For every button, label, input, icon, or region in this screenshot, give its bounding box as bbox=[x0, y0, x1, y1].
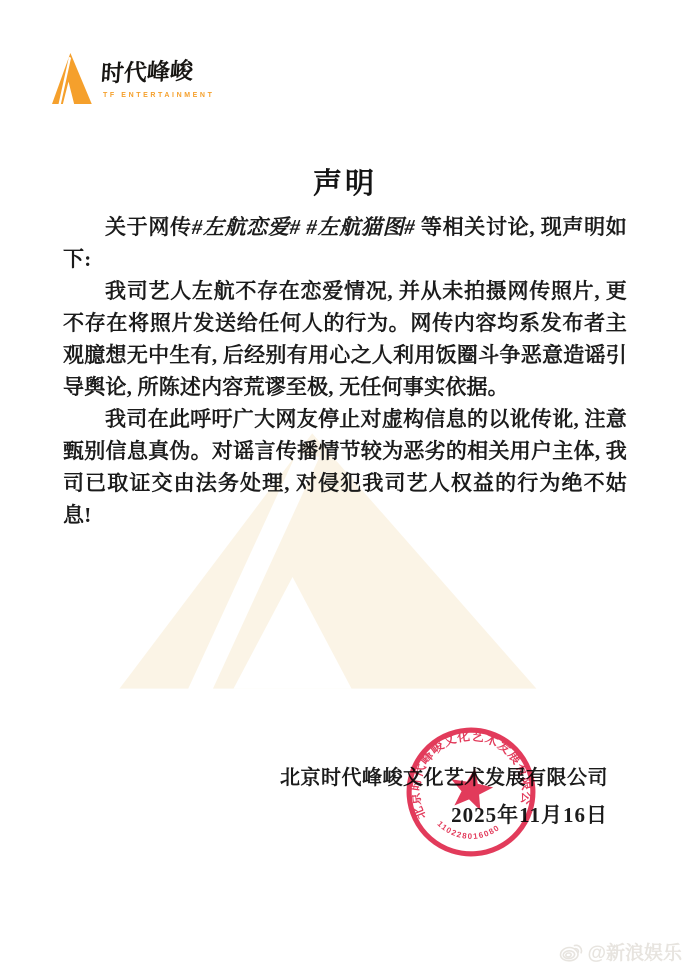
source-watermark: @新浪娱乐 bbox=[559, 938, 682, 965]
paragraph-appeal: 我司在此呼吁广大网友停止对虚构信息的以讹传讹, 注意甄别信息真伪。对谣言传播情节… bbox=[63, 403, 627, 531]
svg-text:110228016080: 110228016080 bbox=[435, 815, 502, 843]
statement-body: 关于网传#左航恋爱# #左航猫图# 等相关讨论, 现声明如下: 我司艺人左航不存… bbox=[63, 211, 627, 531]
svg-text:北京时代峰峻文化艺术发展有限公司: 北京时代峰峻文化艺术发展有限公司 bbox=[396, 717, 535, 823]
intro-prefix: 关于网传 bbox=[105, 215, 192, 239]
official-red-seal: 北京时代峰峻文化艺术发展有限公司 110228016080 bbox=[396, 717, 546, 867]
company-logo: 时代峰峻 TF ENTERTAINMENT bbox=[49, 52, 241, 105]
source-watermark-label: @新浪娱乐 bbox=[587, 938, 682, 965]
topic-hashtags: #左航恋爱# #左航猫图# bbox=[192, 215, 415, 239]
statement-document: 时代峰峻 TF ENTERTAINMENT 声明 关于网传#左航恋爱# #左航猫… bbox=[0, 0, 690, 974]
seal-registration-code: 110228016080 bbox=[435, 815, 502, 843]
page-title: 声明 bbox=[0, 161, 690, 202]
brand-name-chinese: 时代峰峻 bbox=[100, 52, 194, 88]
seal-ring-text: 北京时代峰峻文化艺术发展有限公司 bbox=[396, 717, 535, 823]
brand-name-english: TF ENTERTAINMENT bbox=[103, 92, 214, 99]
intro-paragraph: 关于网传#左航恋爱# #左航猫图# 等相关讨论, 现声明如下: bbox=[63, 211, 627, 275]
paragraph-denial: 我司艺人左航不存在恋爱情况, 并从未拍摄网传照片, 更不存在将照片发送给任何人的… bbox=[63, 275, 627, 403]
logo-text-block: 时代峰峻 TF ENTERTAINMENT bbox=[101, 52, 241, 105]
seal-star-icon bbox=[451, 767, 495, 813]
weibo-icon bbox=[559, 942, 583, 962]
tf-triangle-logo-icon bbox=[49, 52, 94, 105]
